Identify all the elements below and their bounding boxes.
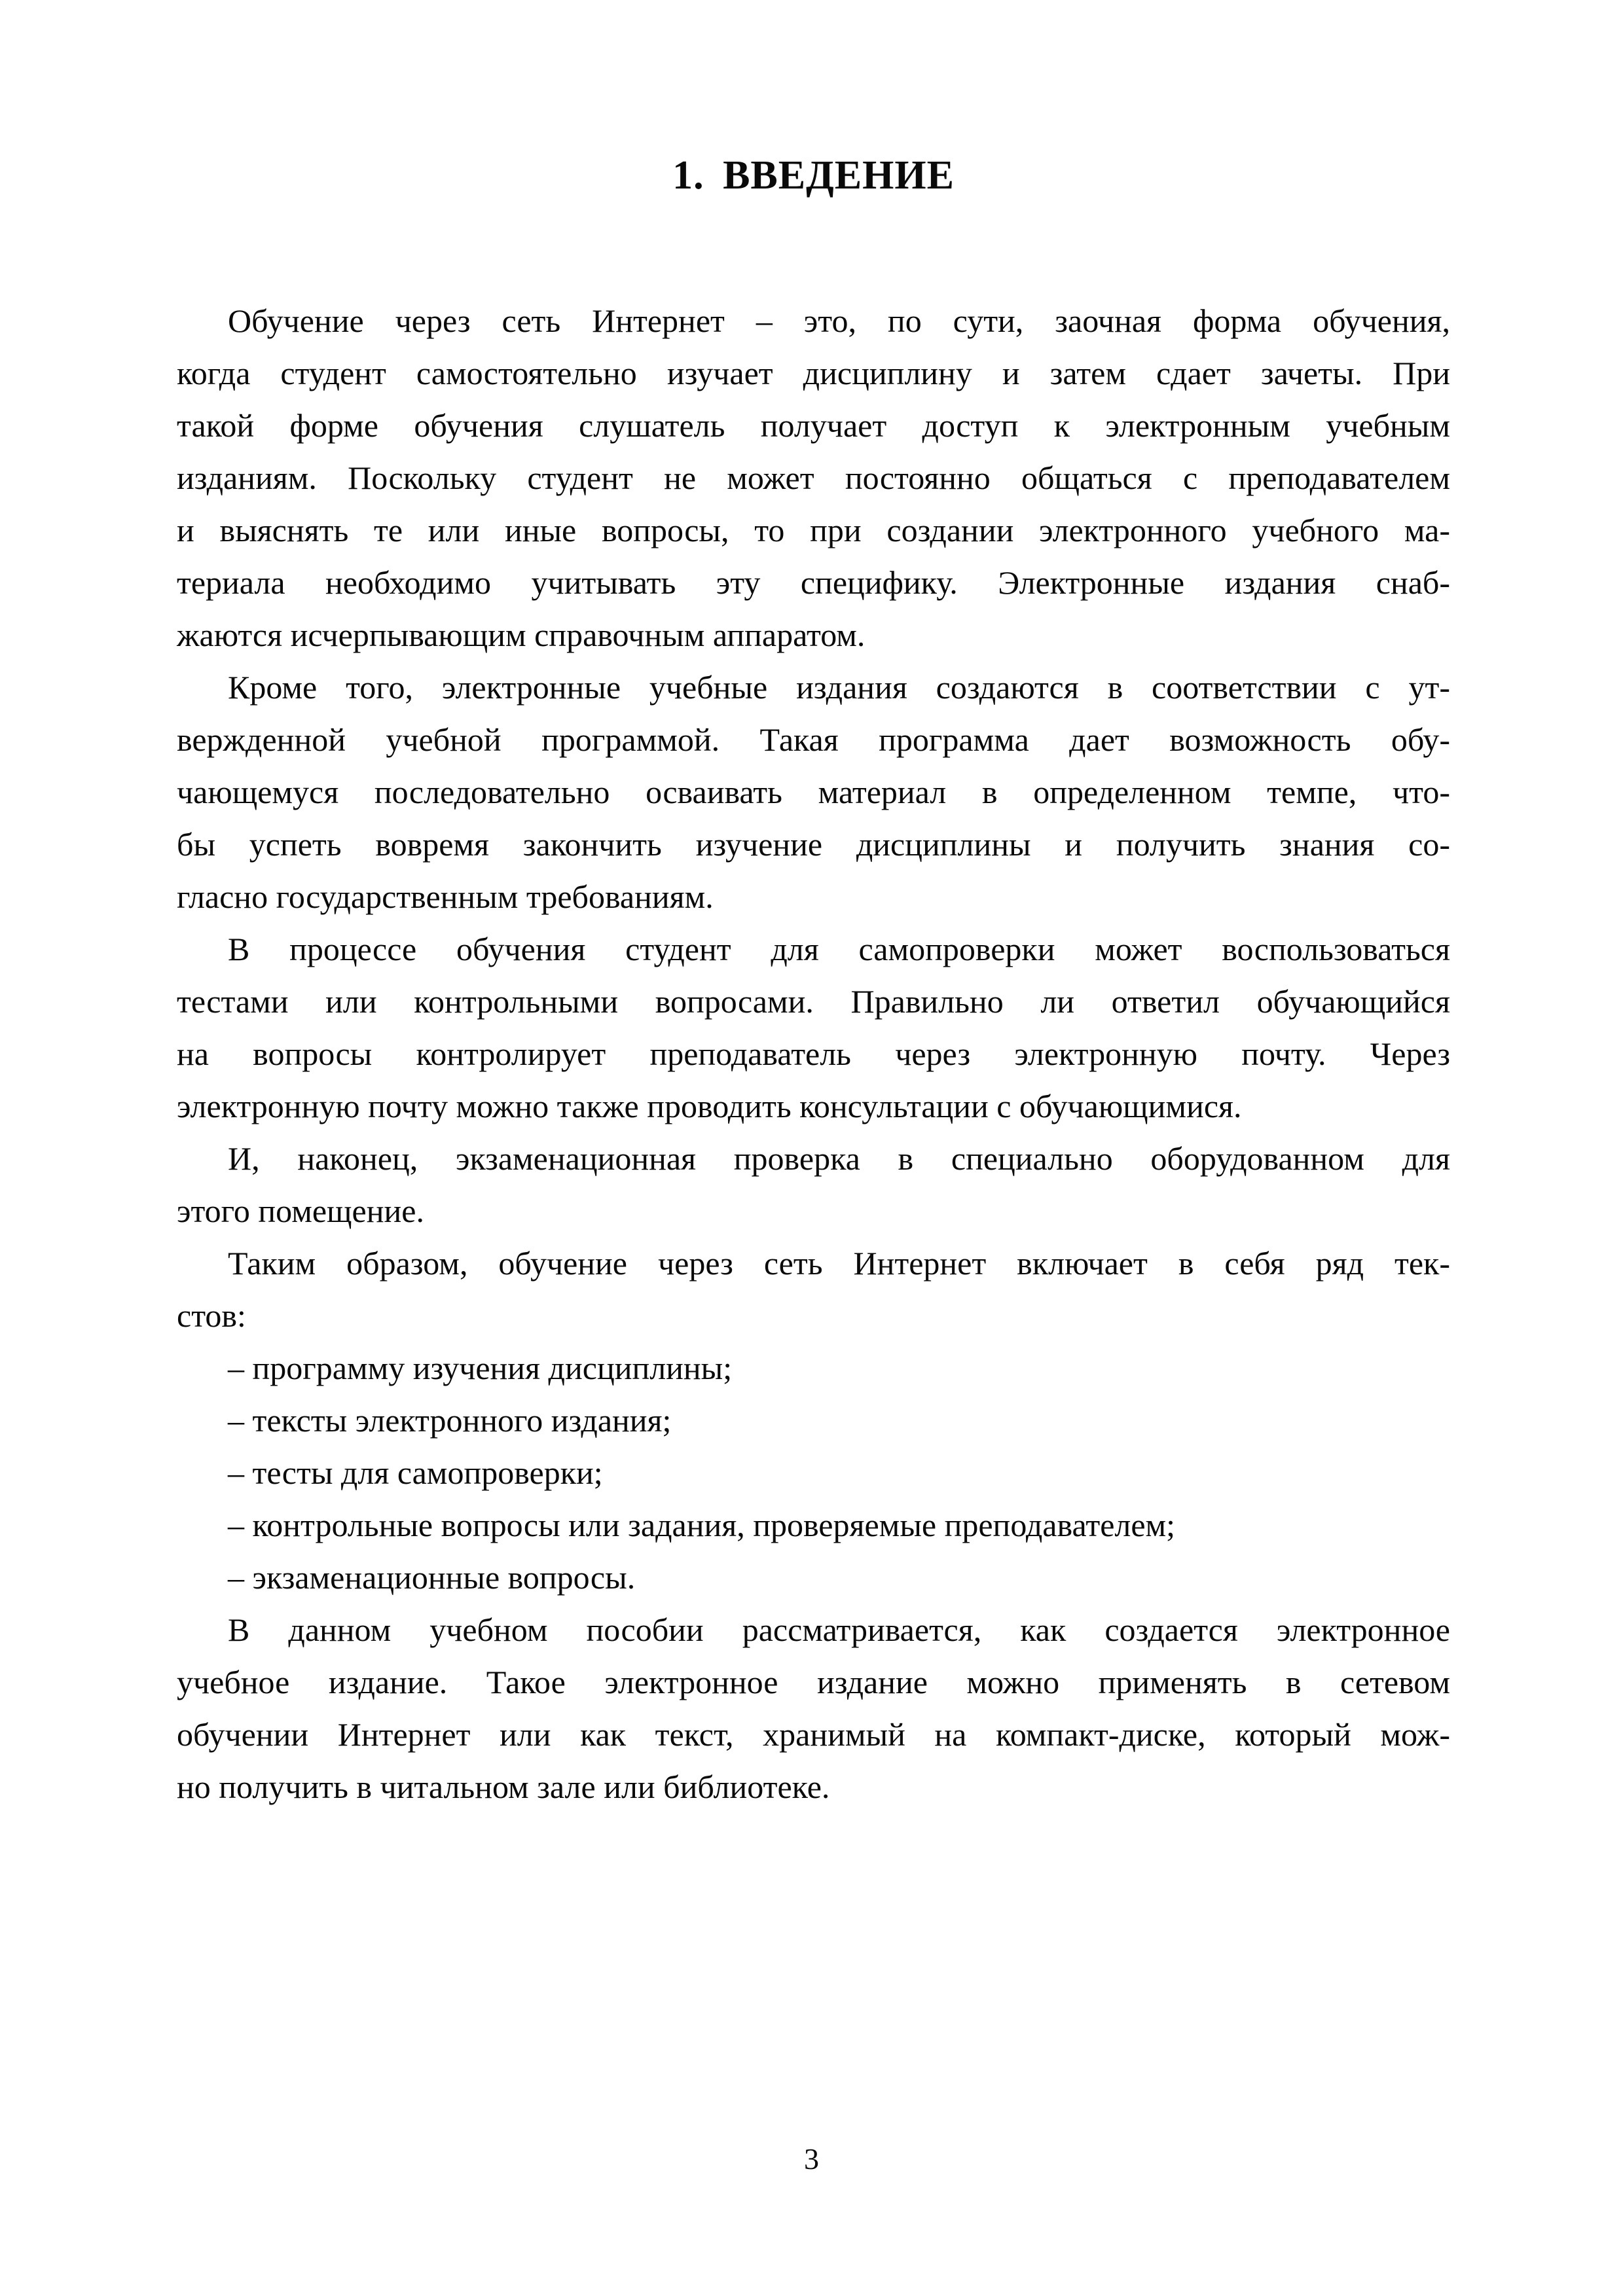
document-body: Обучение через сеть Интернет – это, по с…	[177, 295, 1450, 1813]
text-line: Таким образом, обучение через сеть Интер…	[177, 1237, 1450, 1289]
document-page: 1. ВВЕДЕНИЕ Обучение через сеть Интернет…	[0, 0, 1623, 2296]
text-line: изданиям. Поскольку студент не может пос…	[177, 452, 1450, 504]
list-item: – экзаменационные вопросы.	[177, 1551, 1450, 1604]
list-item: – программу изучения дисциплины;	[177, 1342, 1450, 1394]
text-line: жаются исчерпывающим справочным аппарато…	[177, 609, 1450, 661]
text-line: учебное издание. Такое электронное издан…	[177, 1656, 1450, 1708]
paragraph: И, наконец, экзаменационная проверка в с…	[177, 1132, 1450, 1237]
paragraph: В данном учебном пособии рассматривается…	[177, 1604, 1450, 1813]
text-line: и выяснять те или иные вопросы, то при с…	[177, 504, 1450, 556]
text-line: когда студент самостоятельно изучает дис…	[177, 347, 1450, 399]
paragraph: Кроме того, электронные учебные издания …	[177, 661, 1450, 923]
text-line: В данном учебном пособии рассматривается…	[177, 1604, 1450, 1656]
list-item: – тексты электронного издания;	[177, 1394, 1450, 1446]
text-line: такой форме обучения слушатель получает …	[177, 399, 1450, 452]
paragraph: Таким образом, обучение через сеть Интер…	[177, 1237, 1450, 1342]
text-line: бы успеть вовремя закончить изучение дис…	[177, 818, 1450, 870]
text-line: тестами или контрольными вопросами. Прав…	[177, 975, 1450, 1028]
text-line: электронную почту можно также проводить …	[177, 1080, 1450, 1132]
page-number: 3	[0, 2142, 1623, 2176]
text-line: этого помещение.	[177, 1185, 1450, 1237]
text-line: но получить в читальном зале или библиот…	[177, 1761, 1450, 1813]
paragraph: В процессе обучения студент для самопров…	[177, 923, 1450, 1132]
list-item: – тесты для самопроверки;	[177, 1446, 1450, 1499]
text-column: 1. ВВЕДЕНИЕ Обучение через сеть Интернет…	[177, 0, 1450, 1813]
text-line: И, наконец, экзаменационная проверка в с…	[177, 1132, 1450, 1185]
text-line: обучении Интернет или как текст, хранимы…	[177, 1708, 1450, 1761]
text-line: стов:	[177, 1289, 1450, 1342]
text-line: териала необходимо учитывать эту специфи…	[177, 556, 1450, 609]
paragraph: Обучение через сеть Интернет – это, по с…	[177, 295, 1450, 661]
text-line: Кроме того, электронные учебные издания …	[177, 661, 1450, 713]
text-line: Обучение через сеть Интернет – это, по с…	[177, 295, 1450, 347]
text-line: на вопросы контролирует преподаватель че…	[177, 1028, 1450, 1080]
section-title: 1. ВВЕДЕНИЕ	[177, 149, 1450, 202]
text-line: вержденной учебной программой. Такая про…	[177, 713, 1450, 766]
text-line: чающемуся последовательно осваивать мате…	[177, 766, 1450, 818]
list-item: – контрольные вопросы или задания, прове…	[177, 1499, 1450, 1551]
text-line: В процессе обучения студент для самопров…	[177, 923, 1450, 975]
text-line: гласно государственным требованиям.	[177, 870, 1450, 923]
